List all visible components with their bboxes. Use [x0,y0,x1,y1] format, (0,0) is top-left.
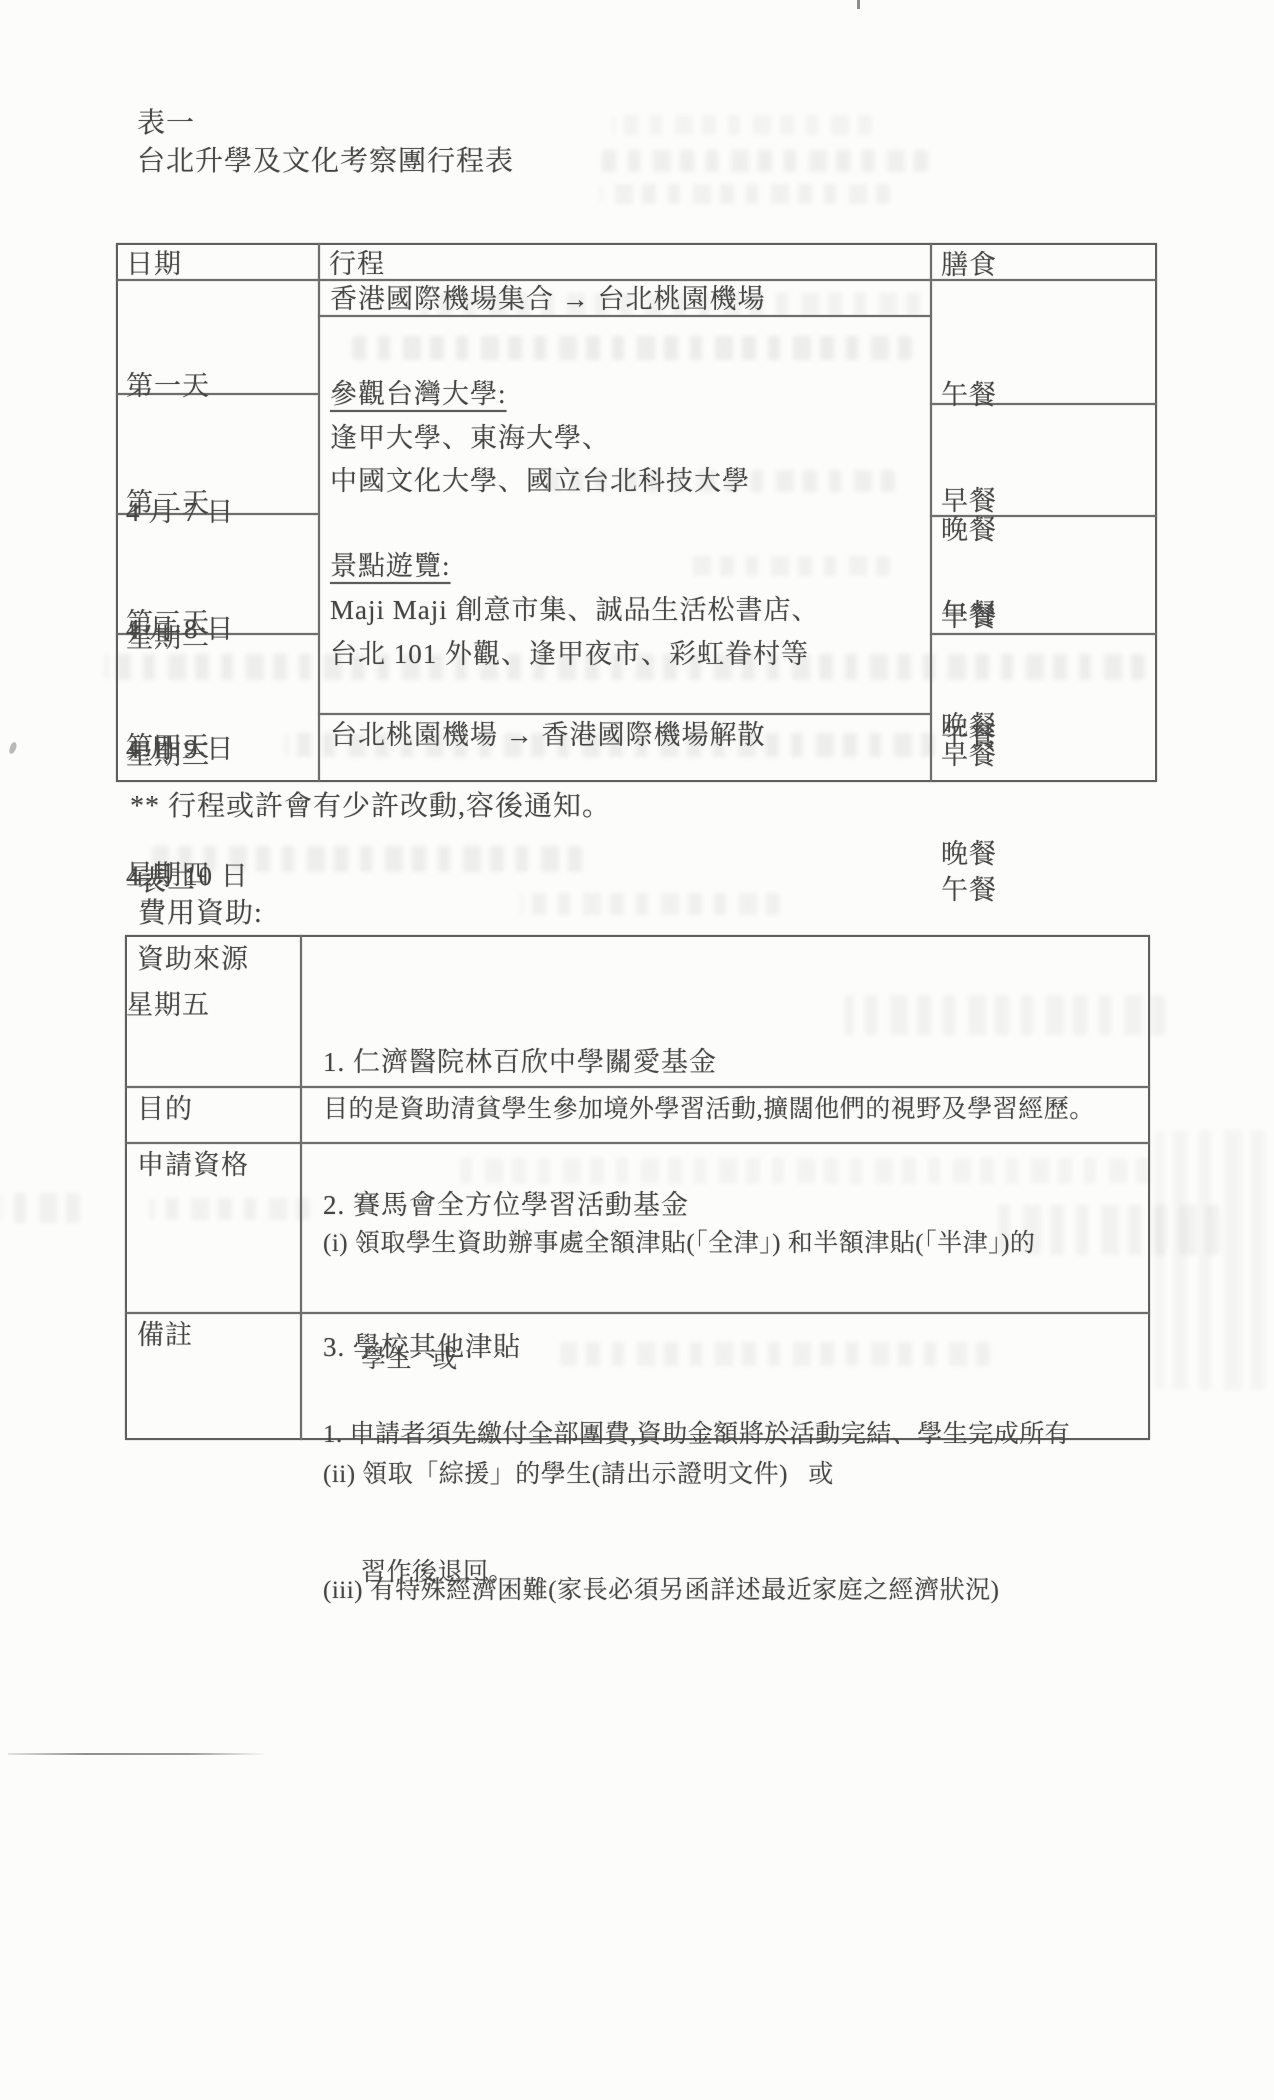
table1-label: 表一 [137,108,195,140]
day-number: 第四天 [126,726,249,769]
funding-row-label: 資助來源 [137,944,249,975]
bleed-through-artifact [520,893,780,915]
bleed-through-artifact [0,1193,80,1223]
university-line: 中國文化大學、國立台北科技大學 [330,466,750,497]
funding-row-label: 申請資格 [137,1150,249,1181]
meal-line: 早餐 [941,598,997,638]
sights-heading: 景點遊覽: [330,551,451,582]
footnote: ** 行程或許會有少許改動,容後通知。 [130,791,611,823]
bleed-through-artifact [612,115,872,135]
meal-line: 午餐 [941,868,997,913]
itinerary-return-cell: 台北桃園機場 → 香港國際機場解散 [330,720,766,751]
funding-line: 習作後退回。 [323,1550,1070,1596]
table2-label: 表二 [138,866,196,898]
ink-speck-artifact [8,741,17,754]
header-itinerary-cell: 行程 [329,249,385,280]
meal-line: 早餐 [941,733,997,778]
table1-title: 台北升學及文化考察團行程表 [137,146,514,178]
funding-row-label: 目的 [137,1094,193,1125]
grid-line-itinerary-meals [930,243,932,782]
header-date-cell: 日期 [126,249,182,280]
bleed-through-artifact [600,184,890,204]
bleed-through-artifact [598,150,928,172]
funding-row-content-remarks: 1. 申請者須先繳付全部團費,資助金額將於活動完結、學生完成所有 習作後退回。 [323,1320,1070,1688]
funding-row-label: 備註 [137,1320,193,1351]
grid-line-header [116,279,1157,281]
grid-line-itinerary-row [318,713,930,715]
sight-line: Maji Maji 創意市集、誠品生活松書店、 [330,595,820,626]
sight-line: 台北 101 外觀、逢甲夜市、彩虹眷村等 [330,639,809,670]
funding-line: 1. 仁濟醫院林百欣中學關愛基金 [323,1039,717,1087]
grid-line-funding-col [300,935,302,1440]
funding-row-content-purpose: 目的是資助清貧學生參加境外學習活動,擴闊他們的視野及學習經歷。 [323,1096,1095,1125]
scratch-line-artifact [8,1753,266,1755]
day-number: 第三天 [126,602,234,644]
header-meals-cell: 膳食 [941,250,997,281]
bleed-through-artifact [1155,1130,1265,1390]
universities-heading: 參觀台灣大學: [330,379,507,410]
grid-line-itinerary-row [318,315,930,317]
funding-line: 1. 申請者須先繳付全部團費,資助金額將於活動完結、學生完成所有 [323,1412,1070,1458]
grid-line-date-itinerary [318,243,320,782]
table2-title: 費用資助: [138,898,263,930]
scan-tick-artifact [857,0,860,9]
funding-line: (i) 領取學生資助辦事處全額津貼(「全津」) 和半額津貼(「半津」)的 [323,1225,1035,1264]
scanned-document-page: 表一 台北升學及文化考察團行程表 日期 行程 膳食 第一天 4 月 7 日 星期… [0,0,1274,2100]
university-line: 逢甲大學、東海大學、 [330,423,610,454]
meal-line: 早餐 [941,483,997,521]
itinerary-depart-cell: 香港國際機場集合 → 台北桃園機場 [330,284,766,315]
